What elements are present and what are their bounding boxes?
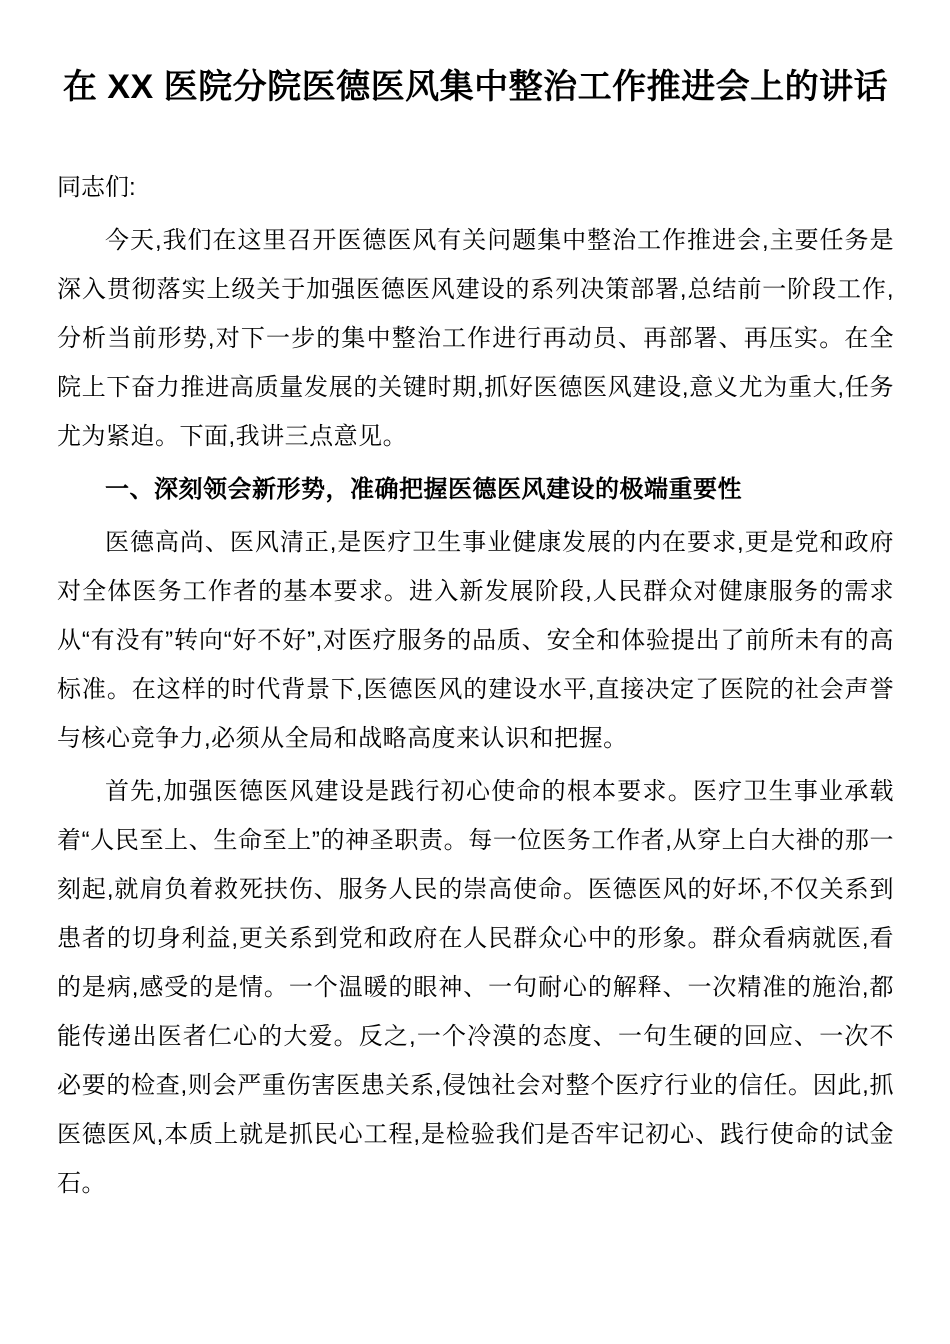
document-title: 在 XX 医院分院医德医风集中整治工作推进会上的讲话 (57, 62, 894, 112)
document-body: 今天,我们在这里召开医德医风有关问题集中整治工作推进会,主要任务是深入贯彻落实上… (57, 216, 894, 1208)
salutation: 同志们: (57, 163, 894, 212)
document-page: 在 XX 医院分院医德医风集中整治工作推进会上的讲话 同志们: 今天,我们在这里… (0, 0, 950, 1344)
paragraph: 首先,加强医德医风建设是践行初心使命的根本要求。医疗卫生事业承载着“人民至上、生… (57, 767, 894, 1208)
section-heading: 一、深刻领会新形势，准确把握医德医风建设的极端重要性 (57, 465, 894, 514)
paragraph: 医德高尚、医风清正,是医疗卫生事业健康发展的内在要求,更是党和政府对全体医务工作… (57, 518, 894, 763)
paragraph: 今天,我们在这里召开医德医风有关问题集中整治工作推进会,主要任务是深入贯彻落实上… (57, 216, 894, 461)
